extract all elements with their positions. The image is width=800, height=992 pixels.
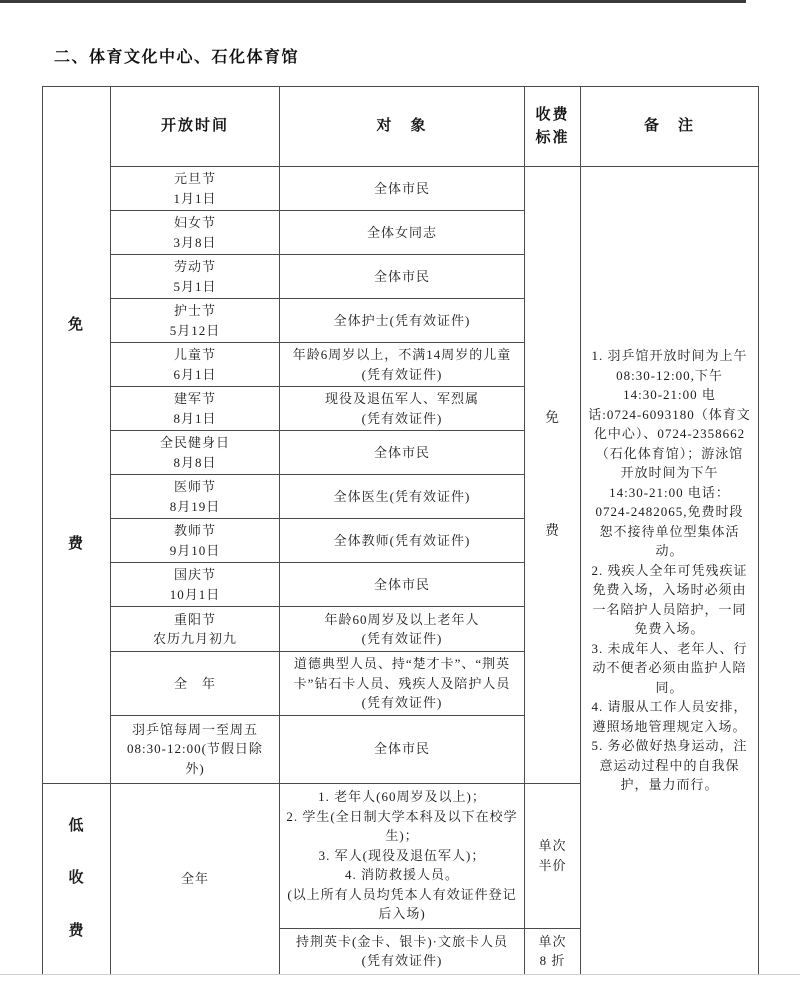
- time-cell: 儿童节 6月1日: [111, 343, 280, 387]
- time-cell: 护士节 5月12日: [111, 299, 280, 343]
- target-cell: 全体医生(凭有效证件): [280, 475, 525, 519]
- target-cell: 全体市民: [280, 563, 525, 607]
- fee-cell: 单次 8 折: [525, 928, 581, 974]
- time-cell: 国庆节 10月1日: [111, 563, 280, 607]
- col-header-open-time: 开放时间: [111, 87, 280, 167]
- target-cell: 全体市民: [280, 167, 525, 211]
- target-cell: 现役及退伍军人、军烈属 (凭有效证件): [280, 387, 525, 431]
- category-low-char-2: 收: [68, 867, 84, 890]
- time-cell: 元旦节 1月1日: [111, 167, 280, 211]
- fee-free-char-2: 费: [545, 521, 560, 542]
- category-low-char-3: 费: [68, 920, 84, 943]
- target-cell: 道德典型人员、持“楚才卡”、“荆英 卡”钻石卡人员、残疾人及陪护人员 (凭有效证…: [280, 652, 525, 716]
- category-free-char-1: 免: [68, 314, 85, 337]
- fee-schedule-table: 免 费 开放时间 对 象 收费 标准 备 注 元旦节 1月1日 全体市民 免 费…: [42, 86, 759, 975]
- category-free-cell: 免 费: [43, 87, 111, 784]
- target-cell: 全体女同志: [280, 211, 525, 255]
- time-cell: 全 年: [111, 652, 280, 716]
- scan-artifact-top-bar: [0, 0, 746, 3]
- remark-cell: 1. 羽乒馆开放时间为上午 08:30-12:00,下午 14:30-21:00…: [581, 167, 759, 975]
- col-header-fee-standard: 收费 标准: [525, 87, 581, 167]
- target-cell: 全体市民: [280, 255, 525, 299]
- category-free-char-2: 费: [68, 533, 85, 556]
- time-cell: 劳动节 5月1日: [111, 255, 280, 299]
- category-low-cell: 低 收 费: [43, 783, 111, 974]
- target-cell: 持荆英卡(金卡、银卡)·文旅卡人员 (凭有效证件): [280, 928, 525, 974]
- time-cell: 建军节 8月1日: [111, 387, 280, 431]
- page-bottom-divider: [0, 974, 800, 975]
- time-cell: 全年: [111, 783, 280, 974]
- target-cell: 全体护士(凭有效证件): [280, 299, 525, 343]
- category-low-char-1: 低: [68, 815, 84, 838]
- target-cell: 年龄6周岁以上，不满14周岁的儿童 (凭有效证件): [280, 343, 525, 387]
- table-row: 元旦节 1月1日 全体市民 免 费 1. 羽乒馆开放时间为上午 08:30-12…: [43, 167, 759, 211]
- page-title: 二、体育文化中心、石化体育馆: [54, 44, 299, 67]
- category-free-stack: 免 费: [47, 314, 106, 555]
- fee-free-cell: 免 费: [525, 167, 581, 784]
- fee-free-char-1: 免: [545, 408, 560, 429]
- time-cell: 医师节 8月19日: [111, 475, 280, 519]
- target-cell: 全体教师(凭有效证件): [280, 519, 525, 563]
- fee-free-stack: 免 费: [529, 408, 576, 542]
- time-cell: 重阳节 农历九月初九: [111, 607, 280, 652]
- time-cell: 全民健身日 8月8日: [111, 431, 280, 475]
- target-cell: 年龄60周岁及以上老年人 (凭有效证件): [280, 607, 525, 652]
- time-cell: 教师节 9月10日: [111, 519, 280, 563]
- target-cell: 1. 老年人(60周岁及以上)； 2. 学生(全日制大学本科及以下在校学生)； …: [280, 783, 525, 928]
- target-cell: 全体市民: [280, 715, 525, 783]
- time-cell: 妇女节 3月8日: [111, 211, 280, 255]
- target-cell: 全体市民: [280, 431, 525, 475]
- fee-cell: 单次 半价: [525, 783, 581, 928]
- time-cell: 羽乒馆每周一至周五 08:30-12:00(节假日除 外): [111, 715, 280, 783]
- category-low-stack: 低 收 费: [47, 815, 106, 943]
- col-header-remark: 备 注: [581, 87, 759, 167]
- col-header-target: 对 象: [280, 87, 525, 167]
